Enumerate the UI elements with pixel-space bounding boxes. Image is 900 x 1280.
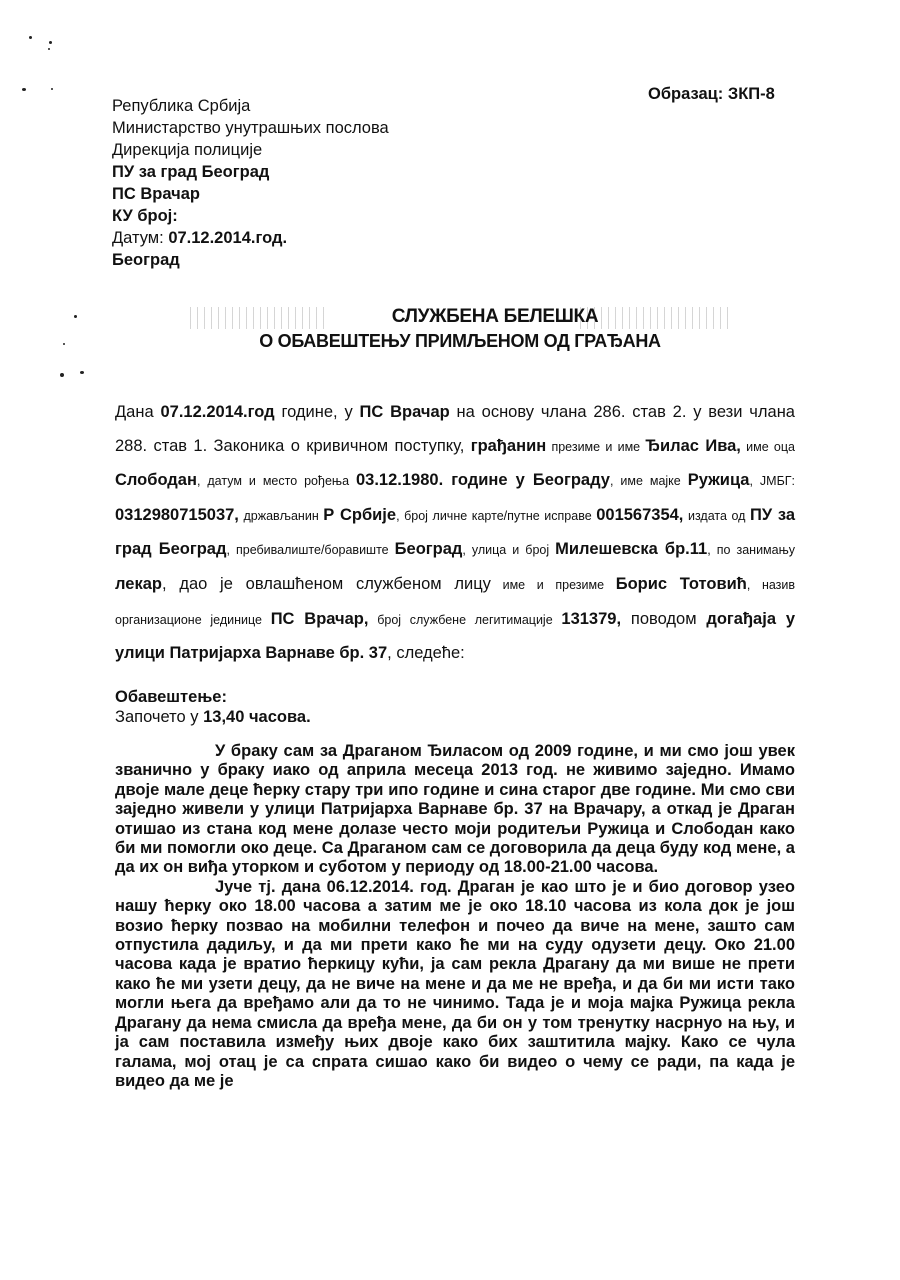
field-label: име и презиме (491, 578, 616, 592)
text: , дао је овлашћеном службеном лицу (162, 575, 491, 593)
birth-date-place: 03.12.1980. године у Београду (356, 471, 610, 489)
statement-paragraph: Јуче тј. дана 06.12.2014. год. Драган је… (115, 878, 795, 1091)
header-line-pu: ПУ за град Београд (112, 161, 389, 183)
form-code: Образац: ЗКП-8 (648, 85, 775, 104)
started-label: Започето у (115, 708, 203, 726)
header-line-republic: Република Србија (112, 95, 389, 117)
header-date: Датум: 07.12.2014.год. (112, 227, 389, 249)
field-label: број службене легитимације (368, 613, 561, 627)
field-label: , пребивалиште/боравиште (226, 543, 394, 557)
field-label: држављанин (239, 509, 323, 523)
jmbg-value: 0312980715037, (115, 506, 239, 524)
citizen-name: Ђилас Ива, (645, 437, 741, 455)
statement-body: У браку сам за Драганом Ђиласом од 2009 … (115, 742, 795, 1091)
scan-speck (29, 36, 32, 39)
scan-speck (49, 41, 52, 44)
header-line-ministry: Министарство унутрашњих послова (112, 117, 389, 139)
field-label: , име мајке (610, 474, 688, 488)
citizenship-value: Р Србије (323, 506, 396, 524)
father-name: Слободан (115, 471, 197, 489)
date-value: 07.12.2014.год. (168, 229, 287, 247)
mother-name: Ружица (688, 471, 750, 489)
scan-speck (51, 88, 53, 90)
field-label: издата од (683, 509, 750, 523)
text: поводом (621, 610, 697, 628)
header-line-directorate: Дирекција полиције (112, 139, 389, 161)
intro-paragraph: Дана 07.12.2014.год године, у ПС Врачар … (115, 396, 795, 671)
header-line-ps: ПС Врачар (112, 183, 389, 205)
field-label: презиме и име (546, 440, 645, 454)
unit-value: ПС Врачар, (271, 610, 369, 628)
residence-value: Београд (395, 540, 463, 558)
field-label: , број личне карте/путне исправе (396, 509, 596, 523)
field-label: , улица и број (462, 543, 555, 557)
text: , следеће: (387, 644, 465, 662)
citizen-label: грађанин (471, 437, 546, 455)
scan-speck (48, 48, 50, 50)
scan-speck (80, 371, 84, 374)
started-line: Започето у 13,40 часова. (115, 707, 311, 727)
field-label: , датум и место рођења (197, 474, 356, 488)
notice-label: Обавештење: (115, 687, 227, 707)
officer-name: Борис Тотовић (616, 575, 747, 593)
text: Дана (115, 403, 160, 421)
scan-speck (60, 373, 64, 377)
statement-paragraph: У браку сам за Драганом Ђиласом од 2009 … (115, 742, 795, 878)
header-line-ku: КУ број: (112, 205, 389, 227)
field-label: , ЈМБГ: (749, 474, 795, 488)
started-time: 13,40 часова. (203, 708, 311, 726)
letterhead: Република Србија Министарство унутрашњих… (112, 95, 389, 271)
header-city: Београд (112, 249, 389, 271)
badge-number: 131379, (561, 610, 621, 628)
street-value: Милешевска бр.11 (555, 540, 707, 558)
text: године, у (275, 403, 360, 421)
id-number: 001567354, (596, 506, 683, 524)
date-label: Датум: (112, 229, 168, 247)
scan-speck (22, 88, 26, 91)
intro-date: 07.12.2014.год (160, 403, 274, 421)
field-label: , по занимању (707, 543, 795, 557)
intro-station: ПС Врачар (360, 403, 450, 421)
document-title: СЛУЖБЕНА БЕЛЕШКА (0, 306, 900, 328)
document-subtitle: О ОБАВЕШТЕЊУ ПРИМЉЕНОМ ОД ГРАЂАНА (0, 331, 900, 352)
scanned-document-page: Образац: ЗКП-8 Република Србија Министар… (0, 0, 900, 1280)
occupation-value: лекар (115, 575, 162, 593)
field-label: име оца (741, 440, 795, 454)
